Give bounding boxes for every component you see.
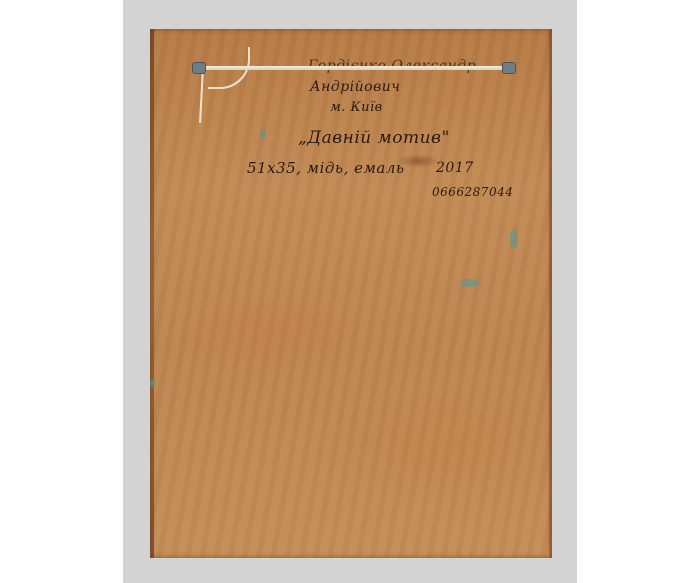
artwork-year-text: 2017	[436, 160, 474, 176]
paint-speck	[460, 279, 480, 287]
hanging-wire	[202, 66, 508, 70]
hanging-hook-left-icon	[192, 62, 206, 74]
author-patronymic-text: Андрійович	[310, 79, 400, 95]
paint-speck	[510, 229, 518, 249]
artwork-title-text: „Давній мотив"	[298, 128, 450, 148]
paint-speck	[260, 129, 266, 139]
phone-number-text: 0666287044	[432, 185, 513, 199]
board-edge-left	[150, 29, 154, 558]
city-text: м. Київ	[330, 100, 383, 115]
board-edge-right	[549, 29, 552, 558]
paint-speck	[150, 379, 155, 387]
hanging-hook-right-icon	[502, 62, 516, 74]
artwork-details-text: 51х35, мідь, емаль	[247, 159, 405, 177]
wire-tail	[199, 67, 204, 123]
painting-back-panel: Гордієнко Олександр Андрійович м. Київ „…	[150, 29, 552, 558]
